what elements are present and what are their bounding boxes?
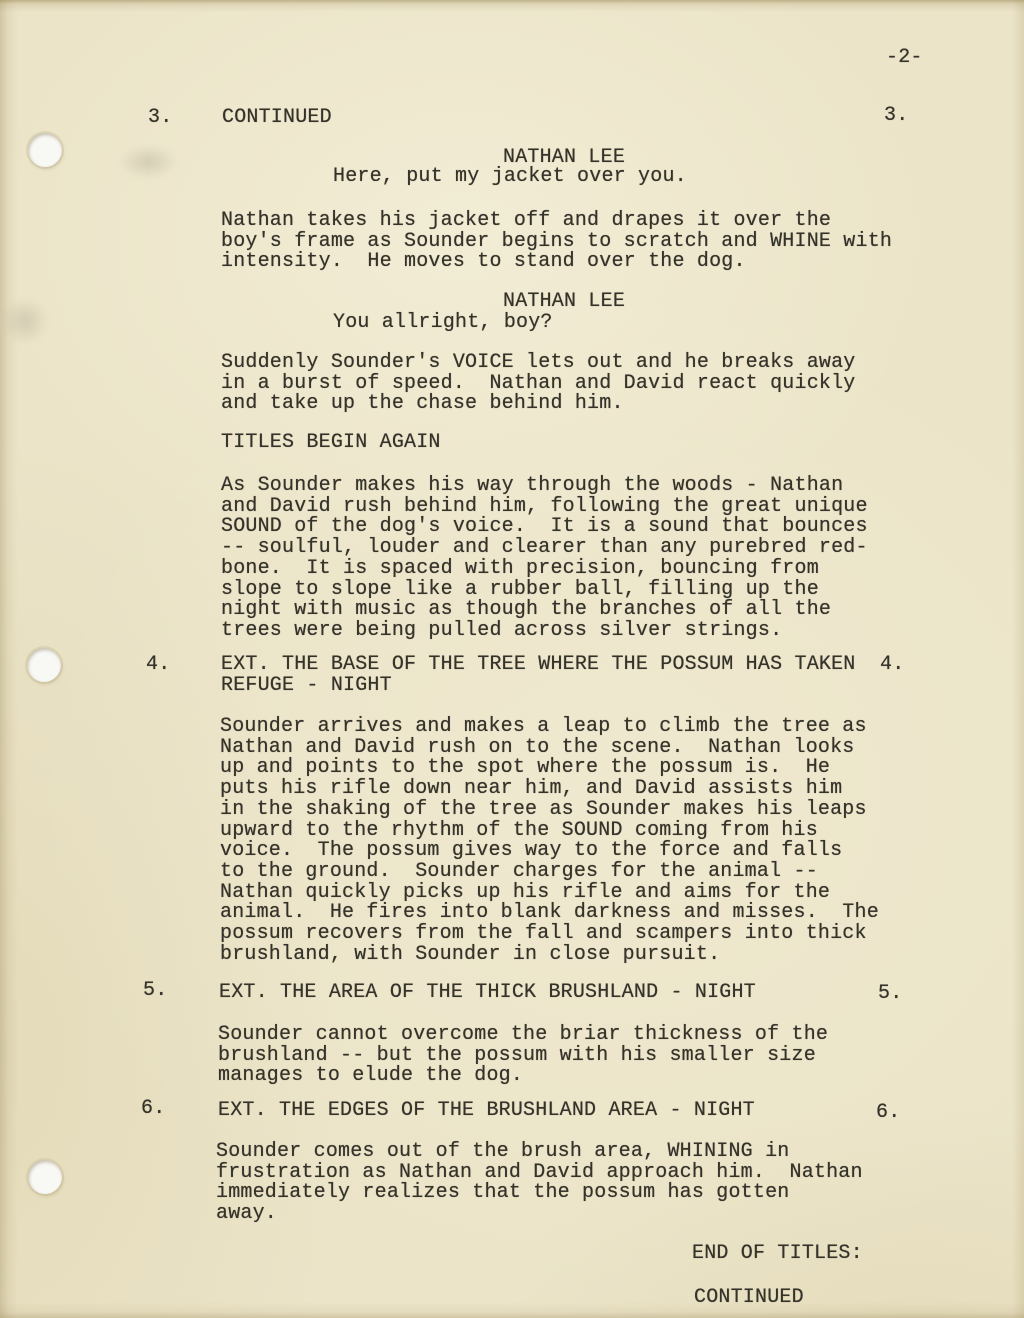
pencil-smudge: [2, 298, 48, 344]
scene-heading: EXT. THE EDGES OF THE BRUSHLAND AREA - N…: [218, 1101, 755, 1122]
scene-number-left: 4.: [146, 655, 170, 676]
scene-number-right: 6.: [876, 1103, 900, 1124]
continued-label: CONTINUED: [222, 108, 332, 129]
action-paragraph: As Sounder makes his way through the woo…: [221, 476, 868, 642]
action-paragraph: Sounder comes out of the brush area, WHI…: [216, 1142, 863, 1225]
action-paragraph: Suddenly Sounder's VOICE lets out and he…: [221, 353, 856, 415]
page-number: -2-: [886, 48, 923, 69]
scene-number-left: 5.: [143, 981, 167, 1002]
hole-punch-middle: [27, 648, 61, 682]
scene-number-right: 3.: [884, 106, 908, 127]
action-paragraph: Sounder arrives and makes a leap to clim…: [220, 717, 879, 965]
dialogue-line: Here, put my jacket over you.: [333, 167, 687, 188]
scene-number-left: 3.: [148, 108, 172, 129]
character-name: NATHAN LEE: [503, 292, 625, 313]
pencil-smudge: [118, 145, 178, 179]
hole-punch-bottom: [28, 1160, 62, 1194]
script-page: -2- 3. CONTINUED 3. NATHAN LEE Here, put…: [0, 0, 1024, 1318]
action-paragraph: Sounder cannot overcome the briar thickn…: [218, 1025, 828, 1087]
action-paragraph: Nathan takes his jacket off and drapes i…: [221, 211, 892, 273]
scene-number-left: 6.: [141, 1099, 165, 1120]
scene-number-right: 5.: [878, 984, 902, 1005]
titles-begin-note: TITLES BEGIN AGAIN: [221, 433, 441, 454]
hole-punch-top: [28, 133, 62, 167]
continued-footer: CONTINUED: [694, 1288, 804, 1309]
end-of-titles-label: END OF TITLES:: [692, 1244, 863, 1265]
scene-number-right: 4.: [880, 655, 904, 676]
scene-heading: EXT. THE BASE OF THE TREE WHERE THE POSS…: [221, 655, 856, 696]
dialogue-line: You allright, boy?: [333, 313, 553, 334]
scene-heading: EXT. THE AREA OF THE THICK BRUSHLAND - N…: [219, 983, 756, 1004]
